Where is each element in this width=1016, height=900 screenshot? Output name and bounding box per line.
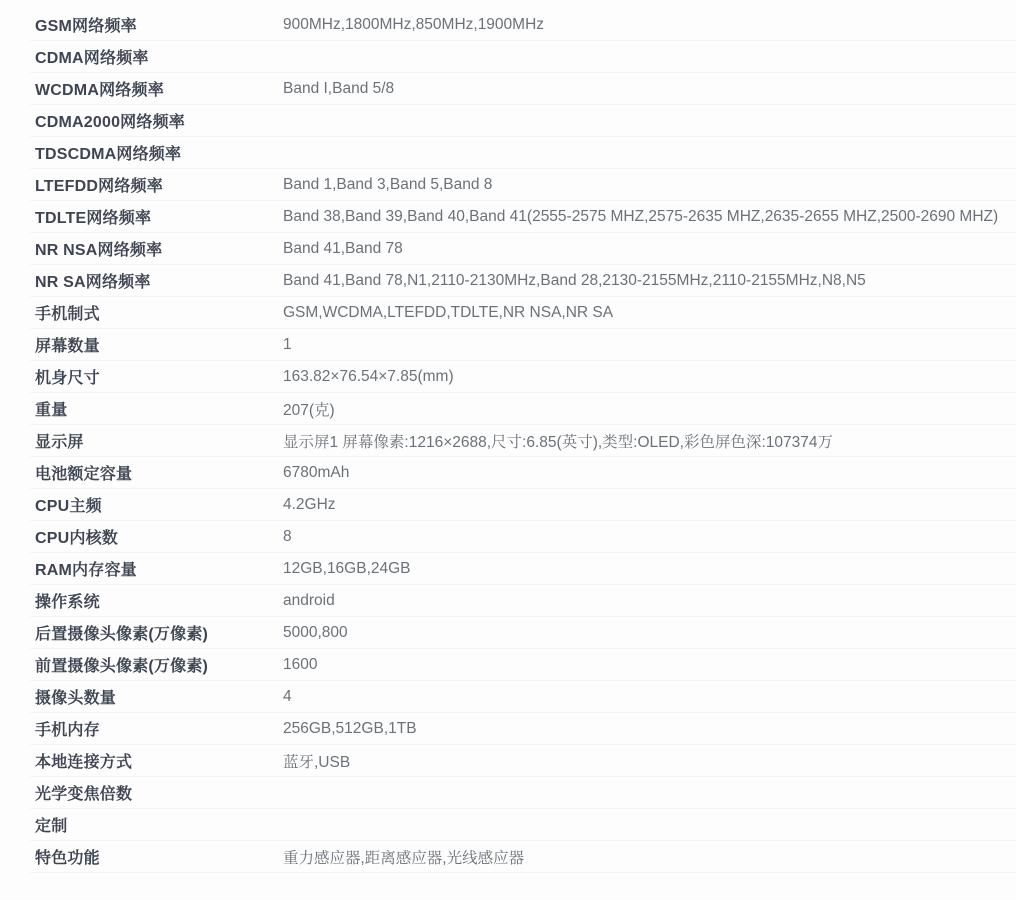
spec-row: CDMA网络频率 bbox=[30, 41, 1016, 73]
spec-label: 机身尺寸 bbox=[30, 365, 283, 388]
spec-label: CDMA2000网络频率 bbox=[30, 109, 283, 132]
spec-value: 1 bbox=[283, 336, 1016, 354]
spec-row: 操作系统android bbox=[30, 585, 1016, 617]
spec-label: NR NSA网络频率 bbox=[30, 237, 283, 260]
spec-row: TDSCDMA网络频率 bbox=[30, 137, 1016, 169]
spec-value: 163.82×76.54×7.85(mm) bbox=[283, 368, 1016, 386]
spec-label: 手机内存 bbox=[30, 717, 283, 740]
spec-row: 重量207(克) bbox=[30, 393, 1016, 425]
spec-value: Band 41,Band 78,N1,2110-2130MHz,Band 28,… bbox=[283, 272, 1016, 290]
spec-label: CDMA网络频率 bbox=[30, 45, 283, 68]
spec-value: 207(克) bbox=[283, 398, 1016, 420]
spec-value: GSM,WCDMA,LTEFDD,TDLTE,NR NSA,NR SA bbox=[283, 304, 1016, 322]
spec-row: 机身尺寸163.82×76.54×7.85(mm) bbox=[30, 361, 1016, 393]
spec-row: 特色功能重力感应器,距离感应器,光线感应器 bbox=[30, 841, 1016, 873]
spec-row: 摄像头数量4 bbox=[30, 681, 1016, 713]
spec-value: 重力感应器,距离感应器,光线感应器 bbox=[283, 846, 1016, 868]
spec-row: 前置摄像头像素(万像素)1600 bbox=[30, 649, 1016, 681]
spec-label: CPU内核数 bbox=[30, 525, 283, 548]
spec-value: 显示屏1 屏幕像素:1216×2688,尺寸:6.85(英寸),类型:OLED,… bbox=[283, 430, 1016, 452]
spec-value: 4 bbox=[283, 688, 1016, 706]
spec-label: TDLTE网络频率 bbox=[30, 205, 283, 228]
spec-label: 摄像头数量 bbox=[30, 685, 283, 708]
spec-value: 6780mAh bbox=[283, 464, 1016, 482]
spec-row: 显示屏显示屏1 屏幕像素:1216×2688,尺寸:6.85(英寸),类型:OL… bbox=[30, 425, 1016, 457]
spec-row: 手机内存256GB,512GB,1TB bbox=[30, 713, 1016, 745]
spec-label: WCDMA网络频率 bbox=[30, 77, 283, 100]
spec-label: 操作系统 bbox=[30, 589, 283, 612]
spec-label: CPU主频 bbox=[30, 493, 283, 516]
spec-value: 蓝牙,USB bbox=[283, 750, 1016, 772]
spec-label: 屏幕数量 bbox=[30, 333, 283, 356]
spec-row: NR NSA网络频率Band 41,Band 78 bbox=[30, 233, 1016, 265]
spec-row: GSM网络频率900MHz,1800MHz,850MHz,1900MHz bbox=[30, 9, 1016, 41]
spec-value: 256GB,512GB,1TB bbox=[283, 720, 1016, 738]
spec-row: WCDMA网络频率Band I,Band 5/8 bbox=[30, 73, 1016, 105]
spec-row: NR SA网络频率Band 41,Band 78,N1,2110-2130MHz… bbox=[30, 265, 1016, 297]
spec-row: LTEFDD网络频率Band 1,Band 3,Band 5,Band 8 bbox=[30, 169, 1016, 201]
spec-label: 手机制式 bbox=[30, 301, 283, 324]
spec-row: 本地连接方式蓝牙,USB bbox=[30, 745, 1016, 777]
spec-value: 900MHz,1800MHz,850MHz,1900MHz bbox=[283, 16, 1016, 34]
spec-value: 12GB,16GB,24GB bbox=[283, 560, 1016, 578]
spec-label: NR SA网络频率 bbox=[30, 269, 283, 292]
spec-label: GSM网络频率 bbox=[30, 13, 283, 36]
spec-value: 5000,800 bbox=[283, 624, 1016, 642]
spec-label: 本地连接方式 bbox=[30, 749, 283, 772]
spec-value: 1600 bbox=[283, 656, 1016, 674]
spec-label: 定制 bbox=[30, 813, 283, 836]
spec-row: 屏幕数量1 bbox=[30, 329, 1016, 361]
spec-value: android bbox=[283, 592, 1016, 610]
spec-row: 后置摄像头像素(万像素)5000,800 bbox=[30, 617, 1016, 649]
spec-row: CDMA2000网络频率 bbox=[30, 105, 1016, 137]
spec-row: CPU内核数8 bbox=[30, 521, 1016, 553]
spec-row: 定制 bbox=[30, 809, 1016, 841]
spec-table: GSM网络频率900MHz,1800MHz,850MHz,1900MHzCDMA… bbox=[0, 0, 1016, 873]
spec-value: Band 1,Band 3,Band 5,Band 8 bbox=[283, 176, 1016, 194]
spec-value: 8 bbox=[283, 528, 1016, 546]
spec-label: RAM内存容量 bbox=[30, 557, 283, 580]
spec-value: Band 41,Band 78 bbox=[283, 240, 1016, 258]
spec-row: CPU主频4.2GHz bbox=[30, 489, 1016, 521]
spec-value: 4.2GHz bbox=[283, 496, 1016, 514]
spec-label: LTEFDD网络频率 bbox=[30, 173, 283, 196]
spec-row: RAM内存容量12GB,16GB,24GB bbox=[30, 553, 1016, 585]
spec-label: 前置摄像头像素(万像素) bbox=[30, 653, 283, 676]
spec-row: 电池额定容量6780mAh bbox=[30, 457, 1016, 489]
spec-row: 光学变焦倍数 bbox=[30, 777, 1016, 809]
spec-label: 重量 bbox=[30, 397, 283, 420]
spec-label: 显示屏 bbox=[30, 429, 283, 452]
spec-label: TDSCDMA网络频率 bbox=[30, 141, 283, 164]
spec-label: 光学变焦倍数 bbox=[30, 781, 283, 804]
spec-label: 电池额定容量 bbox=[30, 461, 283, 484]
spec-label: 后置摄像头像素(万像素) bbox=[30, 621, 283, 644]
spec-value: Band 38,Band 39,Band 40,Band 41(2555-257… bbox=[283, 208, 1016, 226]
spec-row: 手机制式GSM,WCDMA,LTEFDD,TDLTE,NR NSA,NR SA bbox=[30, 297, 1016, 329]
spec-value: Band I,Band 5/8 bbox=[283, 80, 1016, 98]
spec-label: 特色功能 bbox=[30, 845, 283, 868]
spec-row: TDLTE网络频率Band 38,Band 39,Band 40,Band 41… bbox=[30, 201, 1016, 233]
